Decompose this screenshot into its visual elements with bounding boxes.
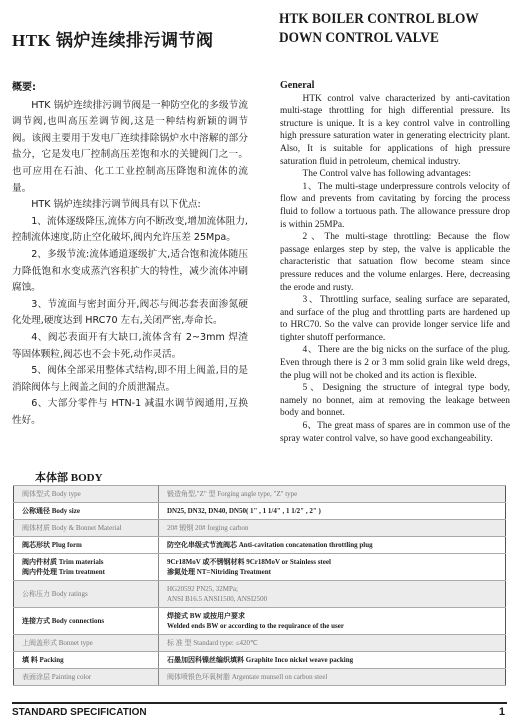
spec-label: 连接方式 Body connections bbox=[14, 608, 159, 635]
table-row: 公称压力 Body ratingsHG20592 PN25, 32MPa; AN… bbox=[14, 581, 506, 608]
paragraph: 3、节流面与密封面分开,阀芯与阀芯套表面渗氮硬化处理,硬度达到 HRC70 左右… bbox=[12, 297, 248, 330]
footer-label: STANDARD SPECIFICATION bbox=[12, 707, 147, 718]
body-section-heading: 本体部 BODY bbox=[35, 469, 103, 485]
spec-label: 阀芯形状 Plug form bbox=[14, 537, 159, 554]
body-spec-table: 阀体型式 Body type锻造角型,"Z" 型 Forging angle t… bbox=[13, 485, 506, 686]
overview-heading-cn: 概要: bbox=[12, 80, 248, 97]
paragraph: 1、流体逐级降压,流体方向不断改变,增加流体阻力,控制流体速度,防止空化破坏,阀… bbox=[12, 214, 248, 247]
spec-value: 标 准 型 Standard type: ≤420℃ bbox=[159, 635, 506, 652]
footer-divider bbox=[12, 702, 507, 704]
spec-value: 石墨加因科镍丝编织填料 Graphite Inco nickel weave p… bbox=[159, 652, 506, 669]
overview-cn: 概要: HTK 锅炉连续排污调节阀是一种防空化的多级节流调节阀,也叫高压差调节阀… bbox=[12, 80, 248, 429]
paragraph: HTK control valve characterized by anti-… bbox=[280, 93, 510, 169]
overview-en: General HTK control valve characterized … bbox=[280, 80, 510, 445]
title-en-line-2: DOWN CONTROL VALVE bbox=[279, 29, 479, 48]
table-row: 填 料 Packing石墨加因科镍丝编织填料 Graphite Inco nic… bbox=[14, 652, 506, 669]
paragraph: 4、阀芯表面开有大缺口,流体含有 2~3mm 焊渣等固体颗粒,阀芯也不会卡死,动… bbox=[12, 330, 248, 363]
spec-value: 焊接式 BW 或按用户要求 Welded ends BW or accordin… bbox=[159, 608, 506, 635]
paragraph: HTK 锅炉连续排污调节阀是一种防空化的多级节流调节阀,也叫高压差调节阀,这是一… bbox=[12, 98, 248, 198]
page-number: 1 bbox=[499, 706, 505, 718]
spec-value: 防空化串级式节流阀芯 Anti-cavitation concatenation… bbox=[159, 537, 506, 554]
spec-value: DN25, DN32, DN40, DN50( 1" , 1 1/4" , 1 … bbox=[159, 503, 506, 520]
paragraph: 6、大部分零件与 HTN-1 减温水调节阀通用,互换性好。 bbox=[12, 396, 248, 429]
paragraph: 6、The great mass of spares are in common… bbox=[280, 420, 510, 445]
table-row: 阀内件材质 Trim materials 阀内件处理 Trim treatmen… bbox=[14, 554, 506, 581]
paragraph: 2、The multi-stage throttling: Because th… bbox=[280, 231, 510, 294]
overview-heading-en: General bbox=[280, 80, 510, 93]
spec-value: 9Cr18MoV 或不锈钢材料 9Cr18MoV or Stainless st… bbox=[159, 554, 506, 581]
paragraph: 4、There are the big nicks on the surface… bbox=[280, 344, 510, 382]
paragraph: 3、Throttling surface, sealing surface ar… bbox=[280, 294, 510, 344]
spec-label: 公称压力 Body ratings bbox=[14, 581, 159, 608]
paragraph: 5、Designing the structure of integral ty… bbox=[280, 382, 510, 420]
spec-label: 阀体型式 Body type bbox=[14, 486, 159, 503]
table-row: 阀体材质 Body & Bonnet Material20# 锻钢 20# fo… bbox=[14, 520, 506, 537]
table-row: 表面涂层 Painting color阀体喷银色环氧树脂 Argentate m… bbox=[14, 669, 506, 686]
table-row: 上阀盖形式 Bonnet type标 准 型 Standard type: ≤4… bbox=[14, 635, 506, 652]
spec-label: 上阀盖形式 Bonnet type bbox=[14, 635, 159, 652]
spec-label: 阀体材质 Body & Bonnet Material bbox=[14, 520, 159, 537]
table-row: 连接方式 Body connections焊接式 BW 或按用户要求 Welde… bbox=[14, 608, 506, 635]
table-row: 阀芯形状 Plug form防空化串级式节流阀芯 Anti-cavitation… bbox=[14, 537, 506, 554]
spec-value: 20# 锻钢 20# forging carbon bbox=[159, 520, 506, 537]
spec-label: 填 料 Packing bbox=[14, 652, 159, 669]
paragraph: HTK 锅炉连续排污调节阀具有以下优点: bbox=[12, 197, 248, 214]
table-row: 公称通径 Body sizeDN25, DN32, DN40, DN50( 1"… bbox=[14, 503, 506, 520]
title-en-line-1: HTK BOILER CONTROL BLOW bbox=[279, 10, 479, 29]
spec-value: 锻造角型,"Z" 型 Forging angle type, "Z" type bbox=[159, 486, 506, 503]
spec-value: 阀体喷银色环氧树脂 Argentate munsell on carbon st… bbox=[159, 669, 506, 686]
paragraph: 2、多级节流:流体通道逐级扩大,适合饱和流体随压力降低饱和水变成蒸汽容积扩大的特… bbox=[12, 247, 248, 297]
spec-label: 阀内件材质 Trim materials 阀内件处理 Trim treatmen… bbox=[14, 554, 159, 581]
paragraph: 1、The multi-stage underpressure controls… bbox=[280, 181, 510, 231]
paragraph: The Control valve has following advantag… bbox=[280, 168, 510, 181]
page-title-en: HTK BOILER CONTROL BLOW DOWN CONTROL VAL… bbox=[279, 10, 479, 48]
spec-value: HG20592 PN25, 32MPa; ANSI B16.5 ANSI1500… bbox=[159, 581, 506, 608]
spec-label: 表面涂层 Painting color bbox=[14, 669, 159, 686]
table-row: 阀体型式 Body type锻造角型,"Z" 型 Forging angle t… bbox=[14, 486, 506, 503]
spec-label: 公称通径 Body size bbox=[14, 503, 159, 520]
page-title-cn: HTK 锅炉连续排污调节阀 bbox=[12, 26, 214, 51]
paragraph: 5、阀体全部采用整体式结构,即不用上阀盖,目的是消除阀体与上阀盖之间的介质泄漏点… bbox=[12, 363, 248, 396]
